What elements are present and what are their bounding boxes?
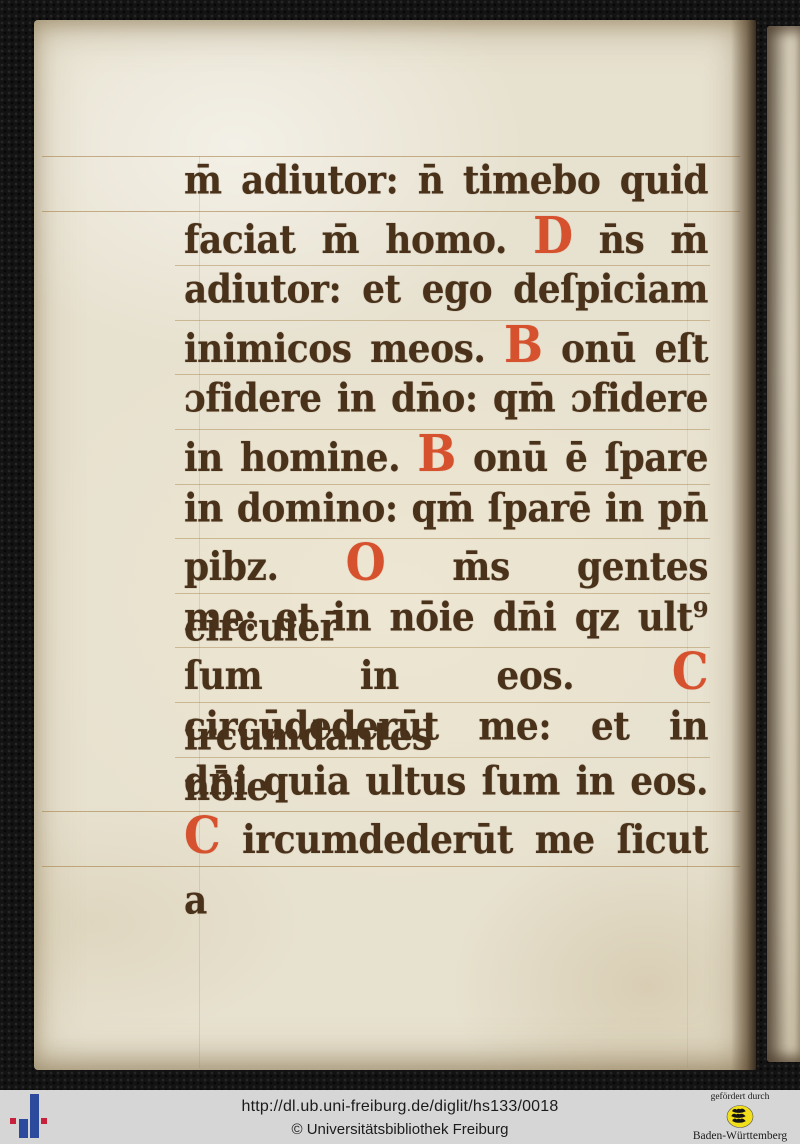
manuscript-line: circūdederūt me: et in nōie (184, 697, 708, 758)
manuscript-page: m̄ adiutor: n̄ timebo quid faciat m̄ hom… (34, 20, 756, 1070)
footer-text-block: http://dl.ub.uni-freiburg.de/diglit/hs13… (0, 1098, 800, 1138)
manuscript-text-segment: ɔfidere in dn̄o: qm̄ ɔfidere (184, 375, 708, 421)
rubric-initial: O (346, 533, 386, 592)
manuscript-text-segment: dn̄i quia ultus ſum in eos. (184, 758, 708, 804)
funding-block: gefördert durch Baden-Württemberg (682, 1092, 798, 1143)
manuscript-line: dn̄i quia ultus ſum in eos. (184, 751, 708, 812)
rubric-initial: B (504, 314, 542, 373)
manuscript-line: in domino: qm̄ ſparē in pn̄ (184, 478, 708, 539)
rubric-initial: B (417, 424, 455, 483)
manuscript-text-segment: faciat m̄ homo. (184, 216, 507, 262)
document-url: http://dl.ub.uni-freiburg.de/diglit/hs13… (0, 1098, 800, 1115)
manuscript-line: me: et in nōie dn̄i qz ult⁹ (184, 587, 708, 648)
gutter-shadow (731, 20, 757, 1070)
manuscript-text-segment: m̄ adiutor: n̄ timebo quid (184, 157, 708, 203)
manuscript-text-segment: onū eſt (561, 325, 708, 371)
manuscript-text-segment: ircumdederūt me ſicut a (184, 817, 708, 924)
scan-background: m̄ adiutor: n̄ timebo quid faciat m̄ hom… (0, 0, 800, 1144)
manuscript-text-segment: me: et in nōie dn̄i qz ult⁹ (184, 594, 708, 640)
manuscript-text-segment: in homine. (184, 435, 400, 481)
baden-wuerttemberg-coat-of-arms-icon (721, 1104, 759, 1129)
copyright-notice: © Universitätsbibliothek Freiburg (0, 1122, 800, 1138)
manuscript-line: faciat m̄ homo. D n̄s m̄ (184, 205, 708, 266)
manuscript-text-segment: n̄s m̄ (599, 216, 708, 262)
facing-page-edge (767, 26, 800, 1062)
funder-name: Baden-Württemberg (682, 1130, 798, 1143)
footer-bar: http://dl.ub.uni-freiburg.de/diglit/hs13… (0, 1090, 800, 1144)
manuscript-line: C ircumdederūt me ſicut a (184, 806, 708, 867)
manuscript-line: inimicos meos. B onū eſt (184, 314, 708, 375)
manuscript-line: adiutor: et ego deſpiciam (184, 260, 708, 321)
manuscript-text-segment: adiutor: et ego deſpiciam (184, 266, 708, 312)
rubric-initial: C (184, 806, 220, 865)
manuscript-line: pibz. O m̄s gentes circuier̄ (184, 533, 708, 594)
manuscript-text-segment: ſum in eos. (184, 653, 574, 699)
manuscript-line: in homine. B onū ē ſpare (184, 424, 708, 485)
manuscript-line: m̄ adiutor: n̄ timebo quid (184, 151, 708, 212)
rubric-initial: C (672, 642, 708, 701)
manuscript-line: ɔfidere in dn̄o: qm̄ ɔfidere (184, 369, 708, 430)
rubric-initial: D (533, 205, 572, 264)
manuscript-text-segment: in domino: qm̄ ſparē in pn̄ (184, 485, 708, 531)
funding-caption: gefördert durch (682, 1092, 798, 1103)
manuscript-text-segment: inimicos meos. (184, 325, 485, 371)
manuscript-text-segment: onū ē ſpare (473, 435, 708, 481)
manuscript-text-segment: pibz. (184, 544, 279, 590)
manuscript-line: ſum in eos. C ircumdantes (184, 642, 708, 703)
